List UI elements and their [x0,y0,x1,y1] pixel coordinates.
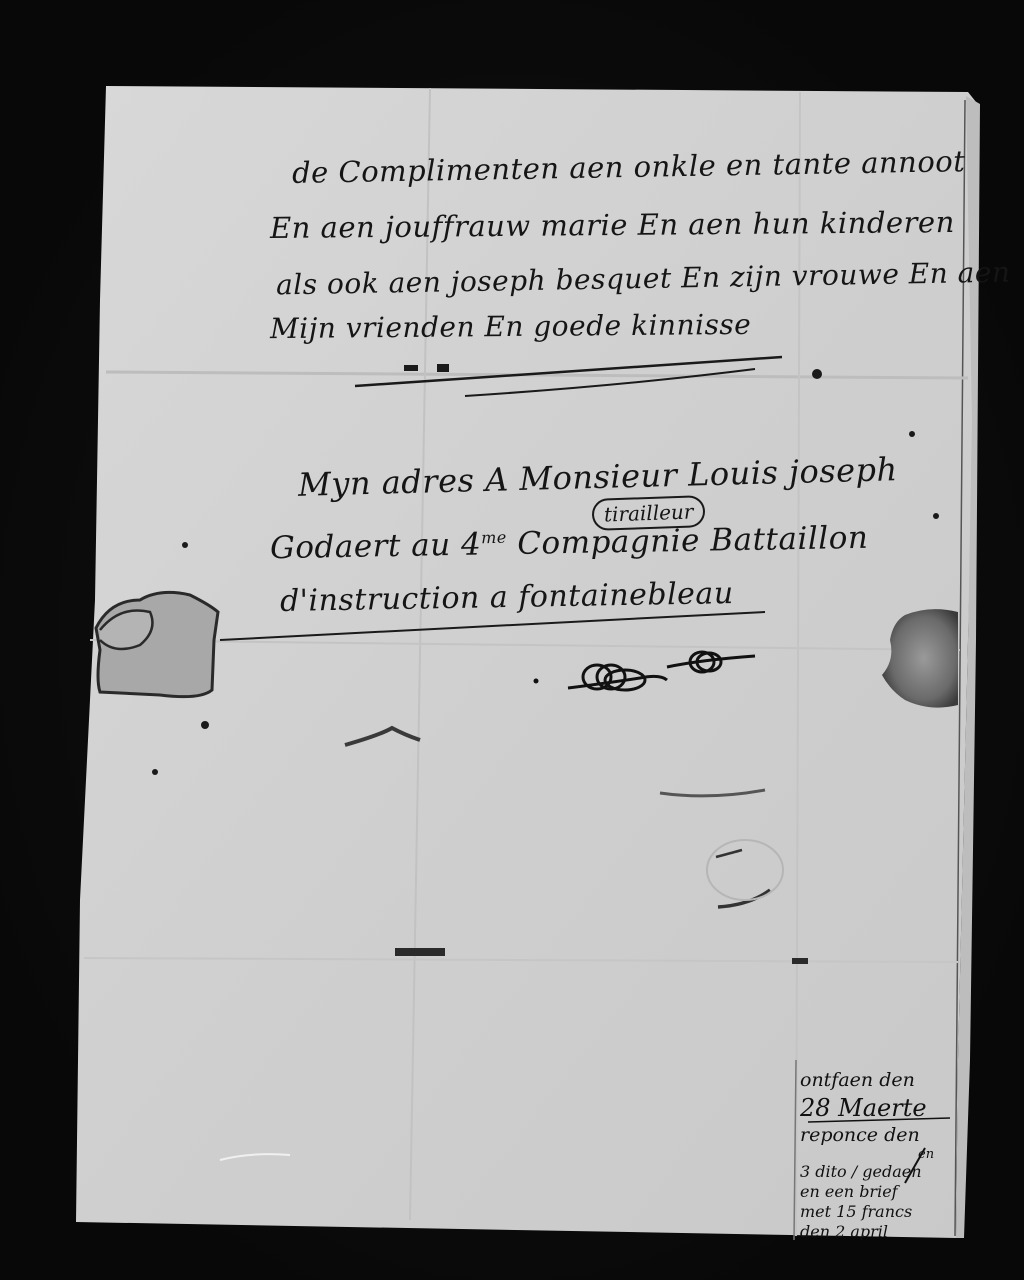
ink-dot [152,769,158,775]
note-line-4: 3 dito / gedaen [800,1162,958,1182]
circled-annotation: tirailleur [591,495,705,531]
ink-mark [404,365,418,371]
greeting-line-4: Mijn vrienden En goede kinnisse [270,308,752,345]
ink-mark [437,364,449,372]
note-line-7: den 2 april [800,1222,958,1242]
ink-dot [812,369,822,379]
letter-sheet: de Complimenten aen onkle en tante annoo… [0,0,1024,1280]
note-line-5: en een brief [800,1182,958,1202]
archival-note: ontfaen den 28 Maerte reponce den en 3 d… [800,1068,958,1242]
ink-dot [909,431,915,437]
greeting-line-2: En aen jouffrauw marie En aen hun kinder… [270,205,955,245]
note-insertion: en [800,1148,958,1162]
note-line-1: ontfaen den [800,1068,958,1093]
note-line-2: 28 Maerte [800,1093,958,1123]
ink-dot [933,513,939,519]
ink-mark [792,958,808,964]
ink-dot [201,721,209,729]
ink-dot [534,679,539,684]
ink-dot [182,542,188,548]
note-line-3: reponce den [800,1123,958,1148]
note-line-6: met 15 francs [800,1202,958,1222]
ink-mark [395,948,445,956]
ordinal-superscript: me [481,528,507,547]
address-recipient: Godaert au 4 [270,527,482,567]
